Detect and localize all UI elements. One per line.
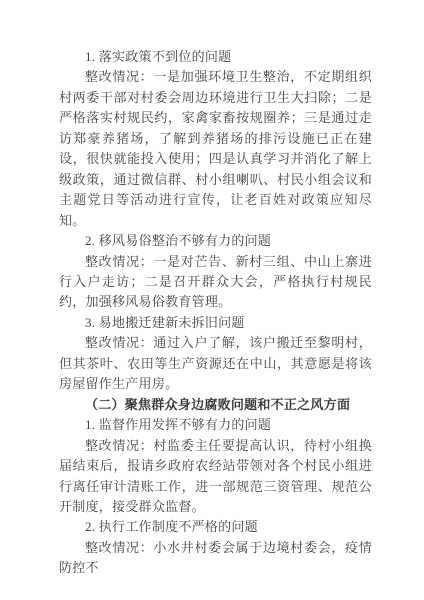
rectification-paragraph: 整改情况：一是对芒告、新村三组、中山上寨进行入户走访；二是召开群众大会，严格执行…	[59, 252, 372, 313]
rectification-paragraph: 整改情况：村监委主任要提高认识，待村小组换届结束后，报请乡政府农经站带领对各个村…	[59, 436, 372, 518]
numbered-item-heading: 2. 执行工作制度不严格的问题	[59, 517, 372, 537]
section-heading: （二）聚焦群众身边腐败问题和不正之风方面	[59, 395, 372, 415]
document-page: 1. 落实政策不到位的问题 整改情况：一是加强环境卫生整治，不定期组织村两委干部…	[0, 0, 424, 600]
numbered-item-heading: 2. 移风易俗整治不够有力的问题	[59, 231, 372, 251]
numbered-item-heading: 3. 易地搬迁建新未拆旧问题	[59, 313, 372, 333]
numbered-item-heading: 1. 落实政策不到位的问题	[59, 47, 372, 67]
numbered-item-heading: 1. 监督作用发挥不够有力的问题	[59, 415, 372, 435]
rectification-paragraph: 整改情况：一是加强环境卫生整治，不定期组织村两委干部对村委会周边环境进行卫生大扫…	[59, 67, 372, 231]
rectification-paragraph: 整改情况：小水井村委会属于边境村委会，疫情防控不	[59, 538, 372, 579]
rectification-paragraph: 整改情况：通过入户了解，该户搬迁至黎明村，但其茶叶、农田等生产资源还在中山，其意…	[59, 333, 372, 394]
document-content: 1. 落实政策不到位的问题 整改情况：一是加强环境卫生整治，不定期组织村两委干部…	[59, 47, 372, 579]
